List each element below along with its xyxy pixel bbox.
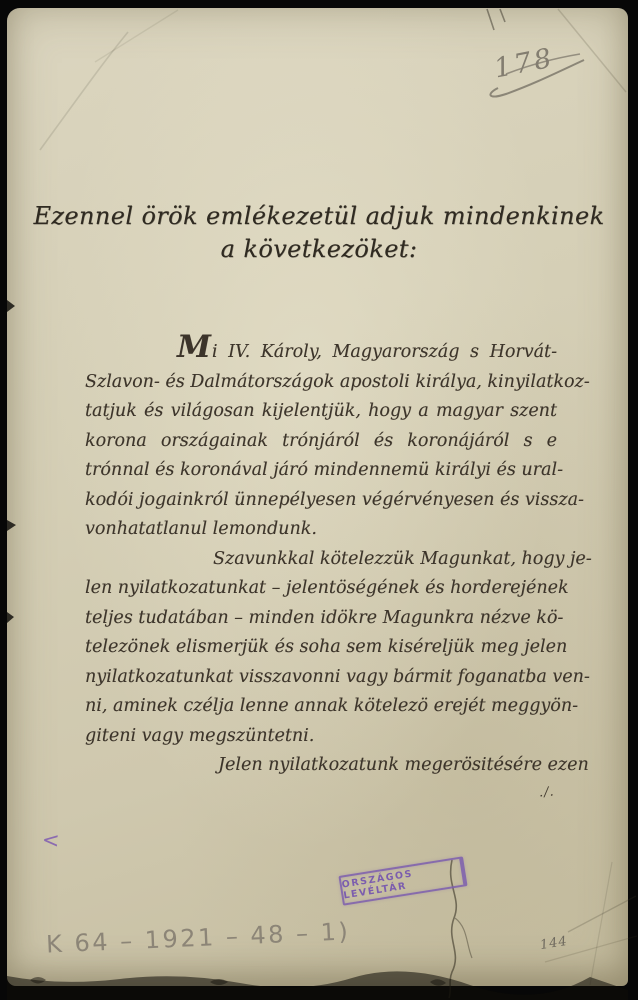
body-line: kodói jogainkról ünnepélyesen végérvénye… <box>85 486 557 516</box>
body-line: korona országainak trónjáról és koronájá… <box>85 427 557 457</box>
body-line: telezönek elismerjük és soha sem kisérel… <box>85 633 557 663</box>
document-photo: 178 Ezennel örök emlékezetül adjuk minde… <box>0 0 638 1000</box>
body-line: vonhatatlanul lemondunk. <box>85 515 557 545</box>
body-line: tatjuk és világosan kijelentjük, hogy a … <box>85 397 557 427</box>
body-line: Jelen nyilatkozatunk megerösitésére ezen <box>85 751 557 781</box>
heading-line-1: Ezennel örök emlékezetül adjuk mindenkin… <box>0 200 638 233</box>
body-line: trónnal és koronával járó mindennemü kir… <box>85 456 557 486</box>
body-line: Mi IV. Károly, Magyarország s Horvát- <box>85 333 557 368</box>
document-body: Mi IV. Károly, Magyarország s Horvát- Sz… <box>85 333 557 781</box>
body-line: teljes tudatában – minden idökre Magunkr… <box>85 604 557 634</box>
body-line: nyilatkozatunkat visszavonni vagy bármit… <box>85 663 557 693</box>
document-heading: Ezennel örök emlékezetül adjuk mindenkin… <box>0 200 638 266</box>
body-line: Szavunkkal kötelezzük Magunkat, hogy je- <box>85 545 557 575</box>
continuation-mark: ./. <box>538 784 555 800</box>
body-line: giteni vagy megszüntetni. <box>85 722 557 752</box>
heading-line-2: a következöket: <box>0 233 638 266</box>
body-line: len nyilatkozatunkat – jelentöségének és… <box>85 574 557 604</box>
margin-check-mark: < <box>41 827 60 852</box>
body-line: ni, aminek czélja lenne annak kötelezö e… <box>85 692 557 722</box>
body-line: Szlavon- és Dalmátországok apostoli kirá… <box>85 368 557 398</box>
